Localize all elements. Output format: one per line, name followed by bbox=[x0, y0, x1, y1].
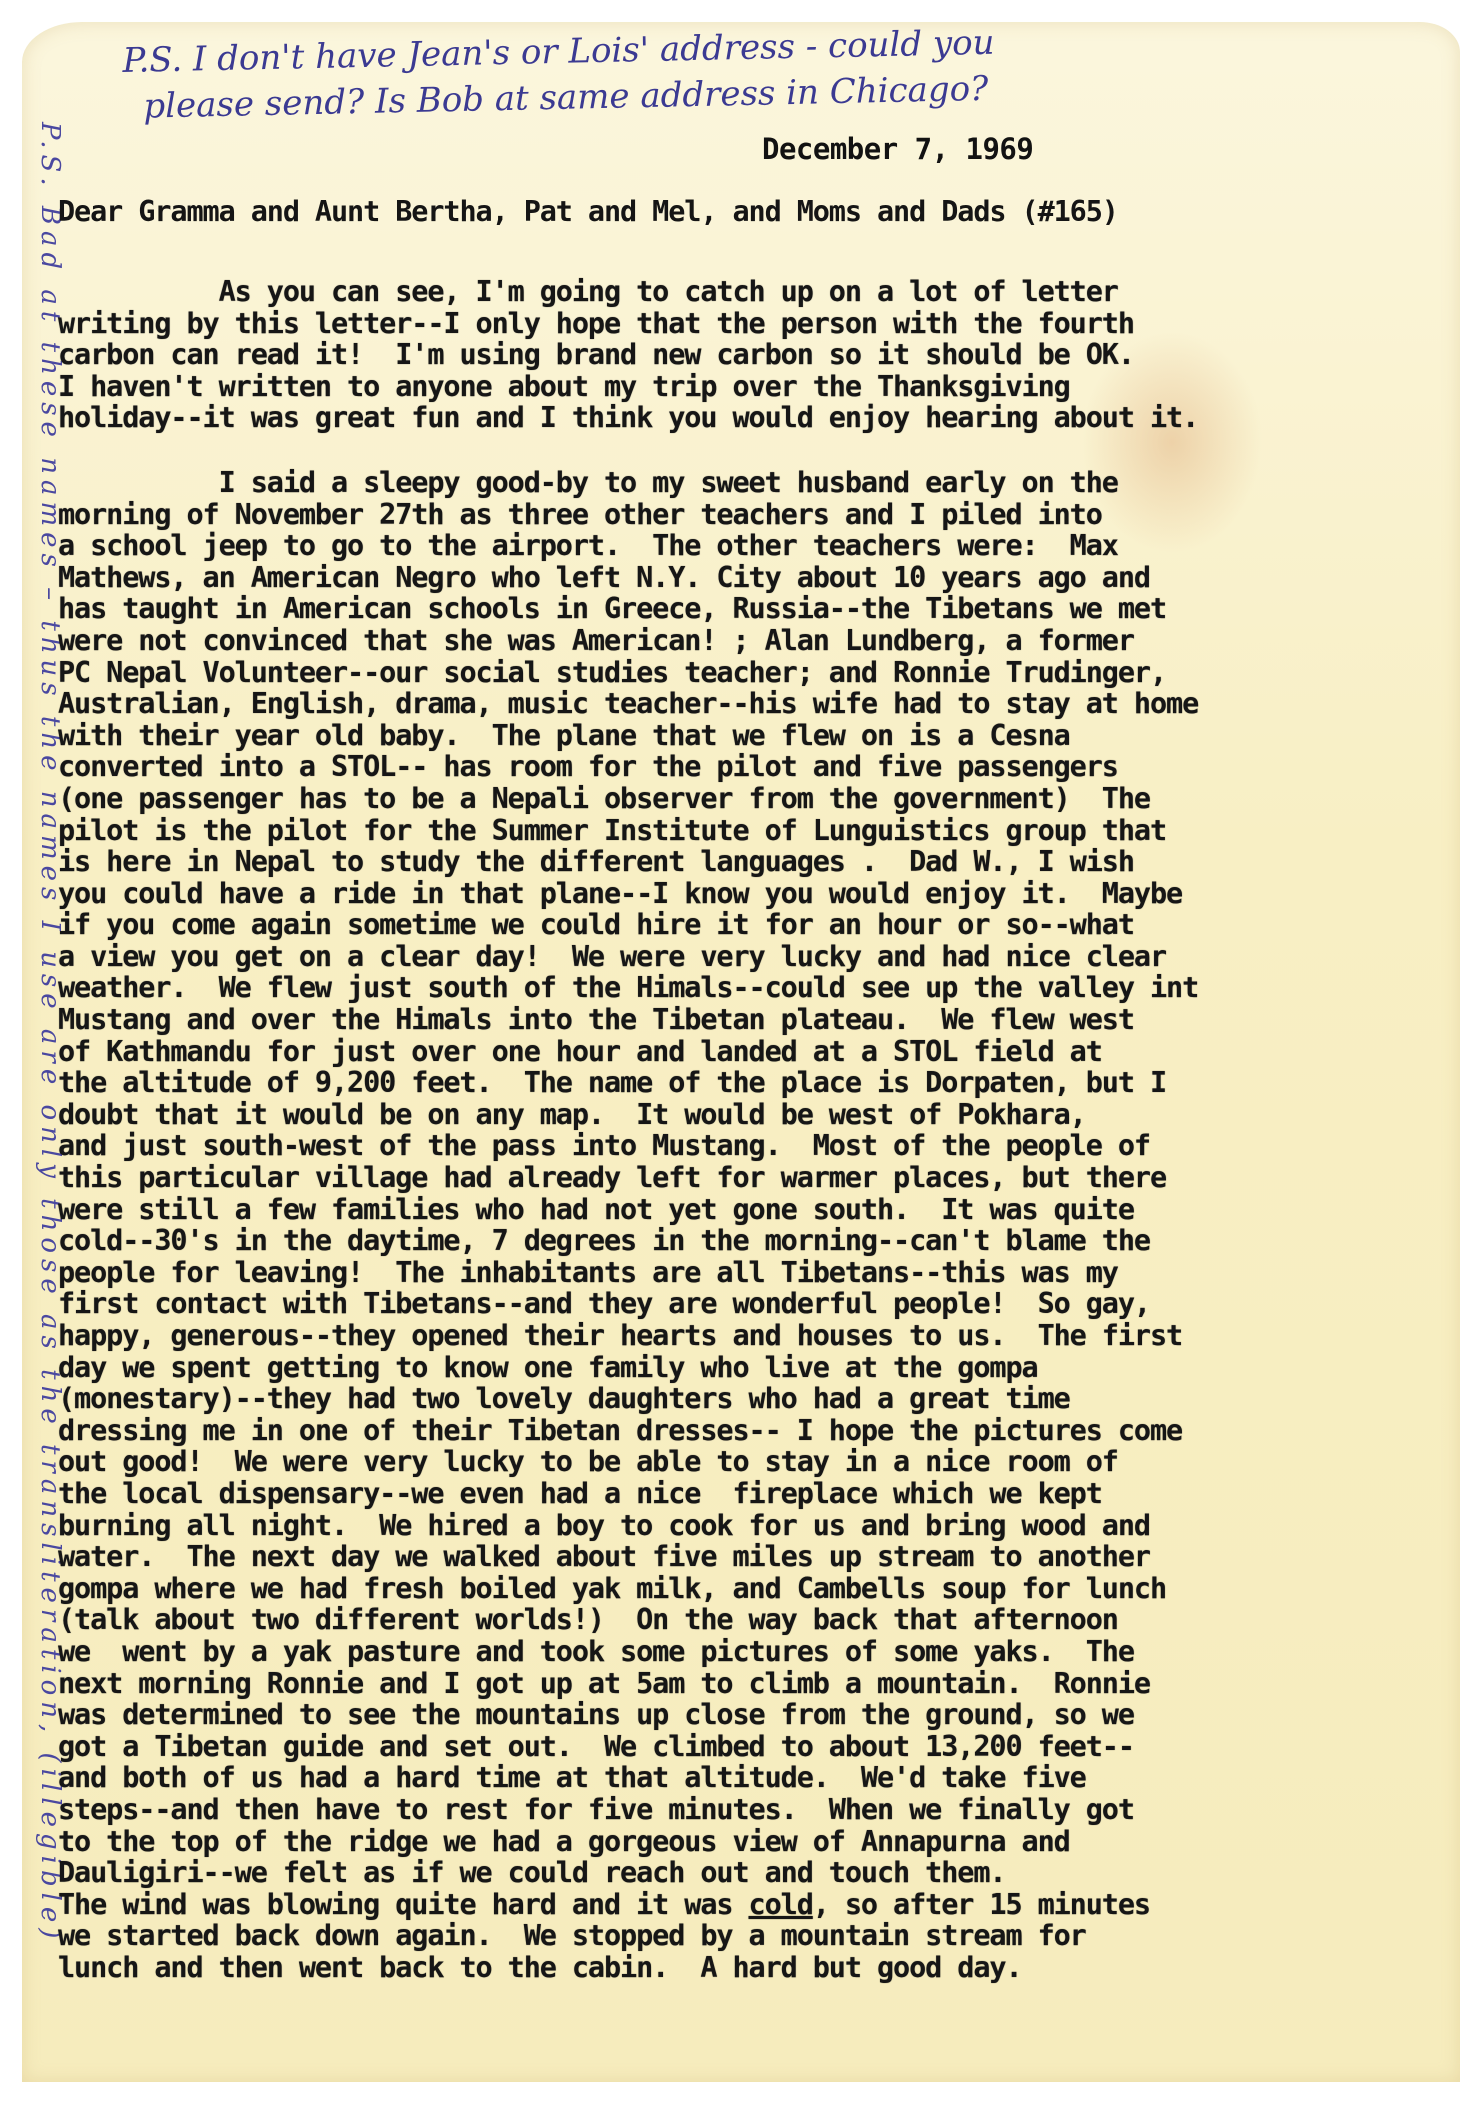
letter-page: P.S. I don't have Jean's or Lois' addres… bbox=[22, 22, 1460, 2082]
text-line: with their year old baby. The plane that… bbox=[58, 720, 1484, 752]
text-line: to the top of the ridge we had a gorgeou… bbox=[58, 1826, 1484, 1858]
text-line: Mustang and over the Himals into the Tib… bbox=[58, 1004, 1484, 1036]
text-line: we went by a yak pasture and took some p… bbox=[58, 1636, 1484, 1668]
text-line: if you come again sometime we could hire… bbox=[58, 909, 1484, 941]
text-line: (one passenger has to be a Nepali observ… bbox=[58, 783, 1484, 815]
text-line: and both of us had a hard time at that a… bbox=[58, 1762, 1484, 1794]
text-line: carbon can read it! I'm using brand new … bbox=[58, 339, 1484, 371]
text-line: you could have a ride in that plane--I k… bbox=[58, 878, 1484, 910]
text-line: (talk about two different worlds!) On th… bbox=[58, 1604, 1484, 1636]
text-line: dressing me in one of their Tibetan dres… bbox=[58, 1415, 1484, 1447]
text-line: were still a few families who had not ye… bbox=[58, 1194, 1484, 1226]
text-line: the local dispensary--we even had a nice… bbox=[58, 1478, 1484, 1510]
text-line: Dauligiri--we felt as if we could reach … bbox=[58, 1857, 1484, 1889]
text-line: got a Tibetan guide and set out. We clim… bbox=[58, 1731, 1484, 1763]
text-line: has taught in American schools in Greece… bbox=[58, 593, 1484, 625]
text-line: was determined to see the mountains up c… bbox=[58, 1699, 1484, 1731]
text-line: I said a sleepy good-by to my sweet husb… bbox=[58, 467, 1484, 499]
text-line: and just south-west of the pass into Mus… bbox=[58, 1130, 1484, 1162]
letter-salutation: Dear Gramma and Aunt Bertha, Pat and Mel… bbox=[58, 195, 1118, 228]
text-line: cold--30's in the daytime, 7 degrees in … bbox=[58, 1225, 1484, 1257]
text-line: The wind was blowing quite hard and it w… bbox=[58, 1889, 1484, 1921]
text-line: the altitude of 9,200 feet. The name of … bbox=[58, 1067, 1484, 1099]
letter-body: As you can see, I'm going to catch up on… bbox=[58, 276, 1484, 2016]
text-line: is here in Nepal to study the different … bbox=[58, 846, 1484, 878]
text-line: writing by this letter--I only hope that… bbox=[58, 308, 1484, 340]
text-line: doubt that it would be on any map. It wo… bbox=[58, 1099, 1484, 1131]
text-line: happy, generous--they opened their heart… bbox=[58, 1320, 1484, 1352]
text-line: we started back down again. We stopped b… bbox=[58, 1920, 1484, 1952]
text-line: were not convinced that she was American… bbox=[58, 625, 1484, 657]
text-line: of Kathmandu for just over one hour and … bbox=[58, 1036, 1484, 1068]
text-line: PC Nepal Volunteer--our social studies t… bbox=[58, 657, 1484, 689]
letter-date: December 7, 1969 bbox=[762, 132, 1033, 166]
paragraph: As you can see, I'm going to catch up on… bbox=[58, 276, 1484, 434]
text-line: water. The next day we walked about five… bbox=[58, 1541, 1484, 1573]
text-line: morning of November 27th as three other … bbox=[58, 499, 1484, 531]
handwritten-postscript: P.S. I don't have Jean's or Lois' addres… bbox=[122, 11, 1424, 130]
text-line: pilot is the pilot for the Summer Instit… bbox=[58, 815, 1484, 847]
text-line: (monestary)--they had two lovely daughte… bbox=[58, 1383, 1484, 1415]
text-line: Mathews, an American Negro who left N.Y.… bbox=[58, 562, 1484, 594]
text-line: burning all night. We hired a boy to coo… bbox=[58, 1510, 1484, 1542]
text-line: this particular village had already left… bbox=[58, 1162, 1484, 1194]
paragraph: I said a sleepy good-by to my sweet husb… bbox=[58, 467, 1484, 1984]
underlined-word: cold bbox=[749, 1888, 813, 1921]
text-line: lunch and then went back to the cabin. A… bbox=[58, 1952, 1484, 1984]
text-line: people for leaving! The inhabitants are … bbox=[58, 1257, 1484, 1289]
text-line: a school jeep to go to the airport. The … bbox=[58, 530, 1484, 562]
text-line: I haven't written to anyone about my tri… bbox=[58, 371, 1484, 403]
text-line: out good! We were very lucky to be able … bbox=[58, 1446, 1484, 1478]
text-line: weather. We flew just south of the Himal… bbox=[58, 972, 1484, 1004]
text-line: day we spent getting to know one family … bbox=[58, 1352, 1484, 1384]
text-line: holiday--it was great fun and I think yo… bbox=[58, 402, 1484, 434]
bottom-handwriting-fragment: ~ ~~ ~ ~~~ ~~ ~ ~~~~ ~~ ~~~ bbox=[72, 2094, 972, 2106]
text-line: next morning Ronnie and I got up at 5am … bbox=[58, 1668, 1484, 1700]
text-line: first contact with Tibetans--and they ar… bbox=[58, 1288, 1484, 1320]
text-line: converted into a STOL-- has room for the… bbox=[58, 751, 1484, 783]
text-line: Australian, English, drama, music teache… bbox=[58, 688, 1484, 720]
text-line: As you can see, I'm going to catch up on… bbox=[58, 276, 1484, 308]
text-line: steps--and then have to rest for five mi… bbox=[58, 1794, 1484, 1826]
text-line: a view you get on a clear day! We were v… bbox=[58, 941, 1484, 973]
text-line: gompa where we had fresh boiled yak milk… bbox=[58, 1573, 1484, 1605]
